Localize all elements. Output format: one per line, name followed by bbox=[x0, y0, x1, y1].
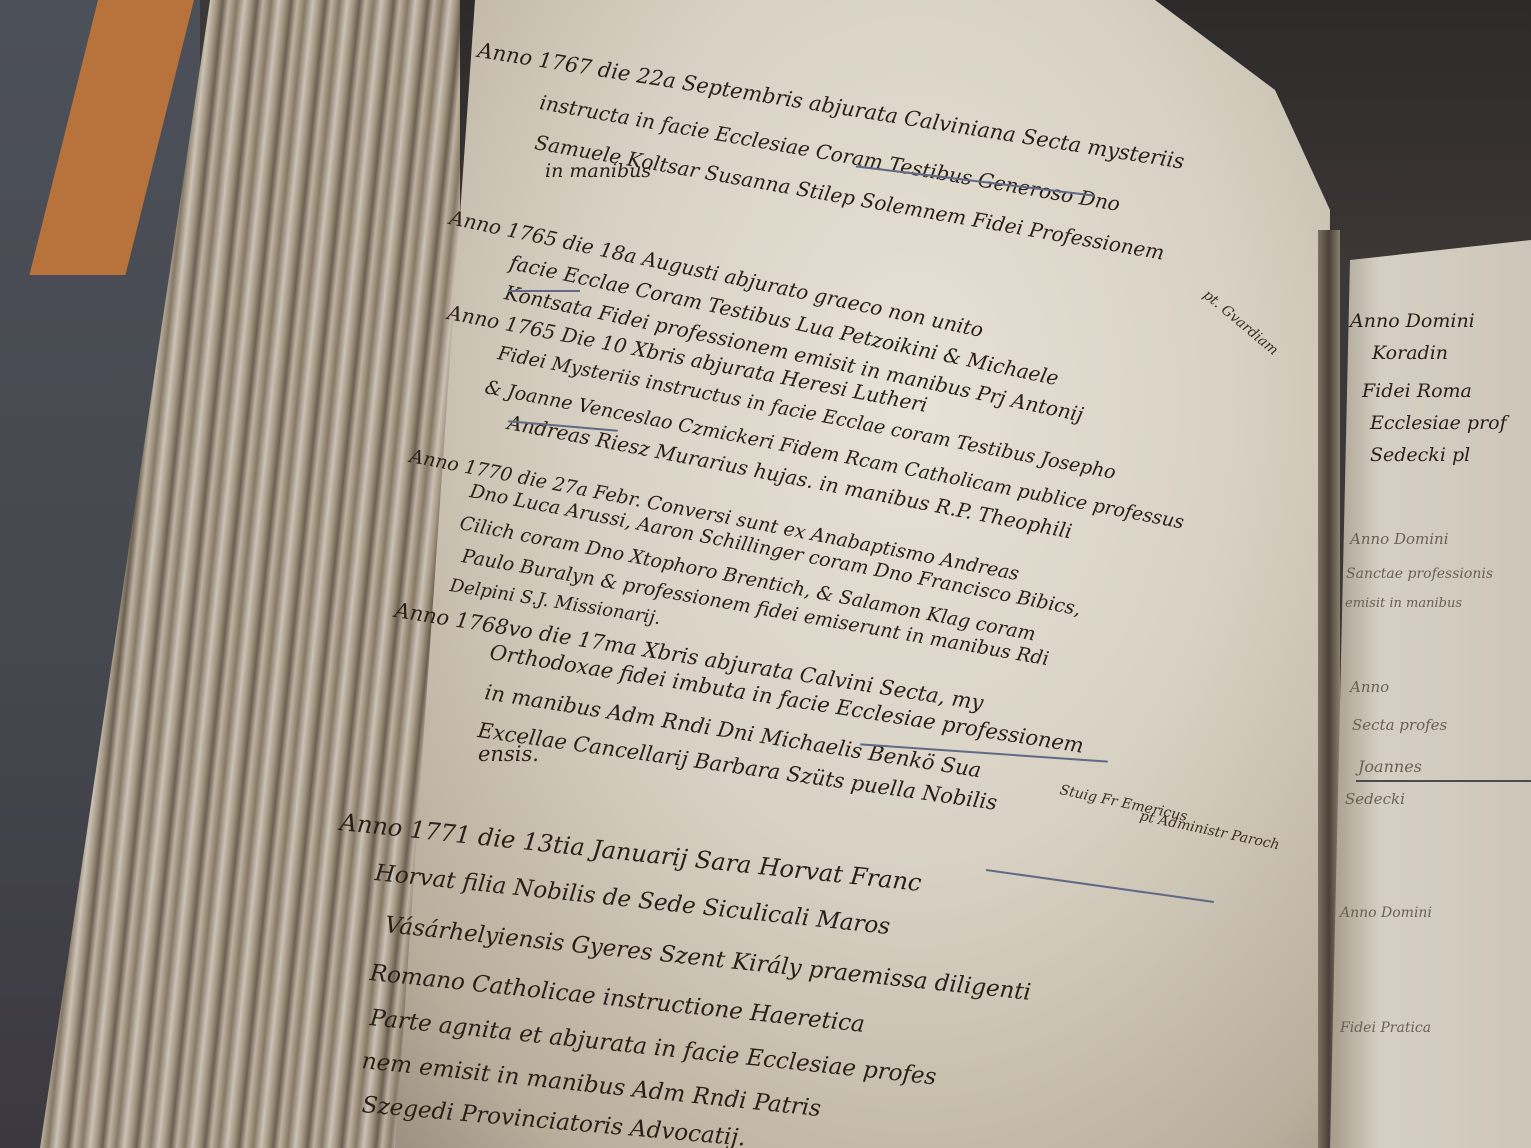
right-page-fragment: Fidei Pratica bbox=[1340, 1020, 1431, 1036]
right-page-fragment: Anno Domini bbox=[1350, 310, 1475, 332]
right-page-fragment: Anno Domini bbox=[1350, 530, 1449, 548]
entry-5-line-5: ensis. bbox=[478, 742, 539, 766]
right-page-fragment: Fidei Roma bbox=[1362, 380, 1472, 402]
right-page-fragment: Sedecki bbox=[1345, 790, 1405, 808]
right-page-fragment: Sedecki pl bbox=[1370, 444, 1470, 466]
right-page-fragment: emisit in manibus bbox=[1345, 596, 1462, 611]
right-page-fragment: Anno Domini bbox=[1340, 905, 1432, 921]
right-page-fragment: Koradin bbox=[1372, 342, 1448, 364]
right-page-fragment: Anno bbox=[1350, 678, 1389, 696]
right-page-fragment: Joannes bbox=[1358, 757, 1422, 776]
name-underline bbox=[508, 290, 580, 292]
entry-1-line-4: in manibus bbox=[545, 160, 651, 182]
right-page-fragment: Ecclesiae prof bbox=[1370, 412, 1507, 434]
right-page-underline bbox=[1356, 780, 1531, 782]
right-page-fragment: Secta profes bbox=[1352, 716, 1447, 734]
right-page-fragment: Sanctae professionis bbox=[1346, 566, 1493, 582]
